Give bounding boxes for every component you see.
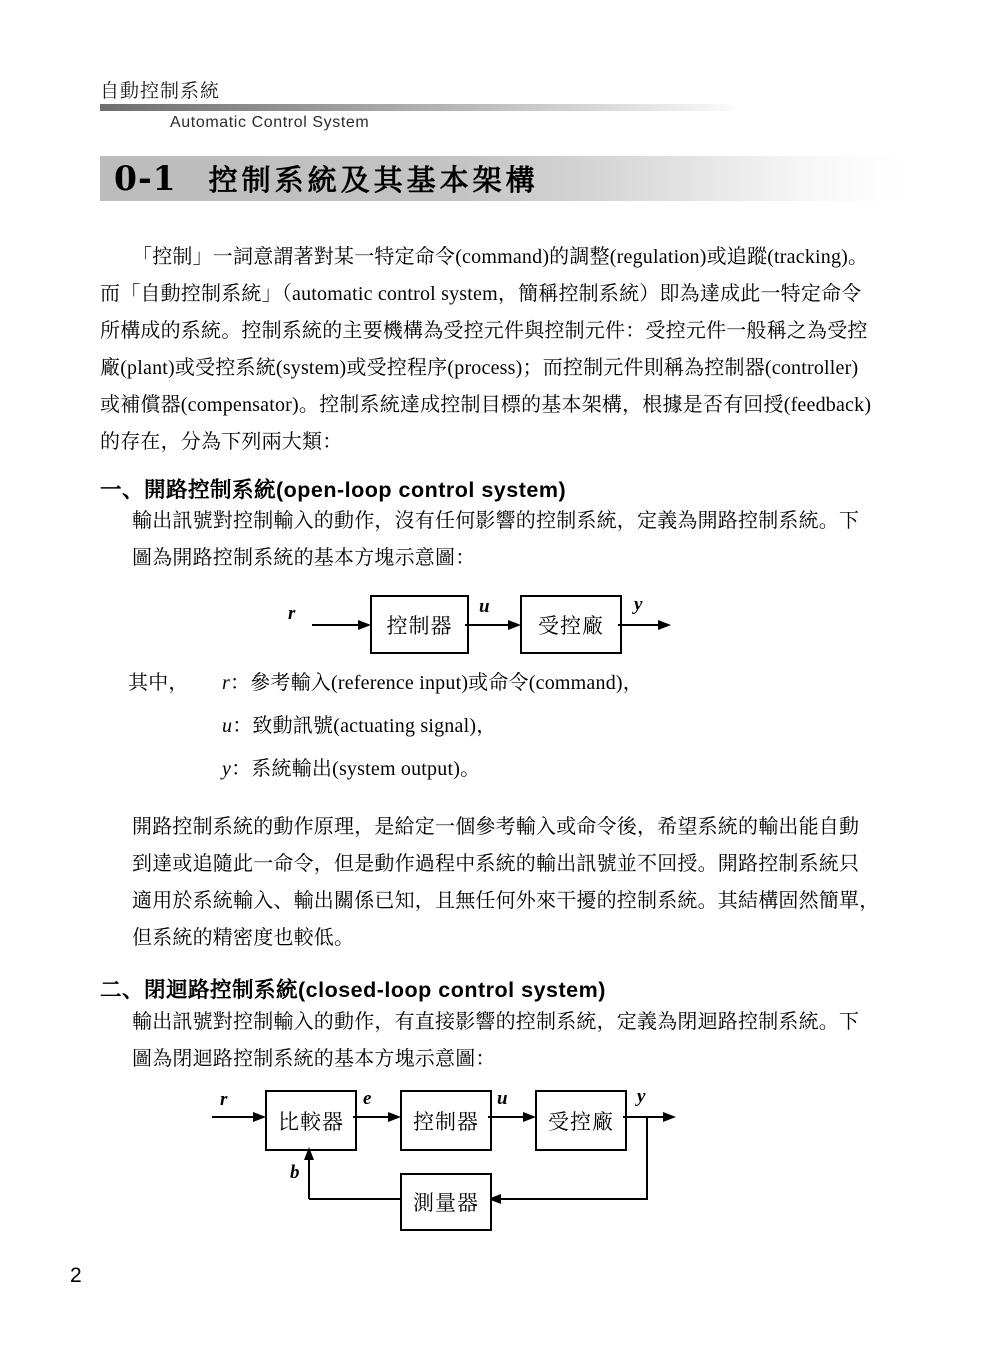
def-row: u：致動訊號(actuating signal)， [222,715,496,738]
signal-label-e: e [363,1088,371,1110]
arrow-line [488,1116,523,1118]
open-loop-line: 但系統的精密度也較低。 [132,927,354,950]
section-header-bar: 0-1 控制系統及其基本架構 [100,156,905,201]
closed-loop-line: 圖為閉迴路控制系統的基本方塊示意圖： [132,1048,496,1071]
intro-line: 所構成的系統。控制系統的主要機構為受控元件與控制元件：受控元件一般稱之為受控 [100,320,868,343]
def-text: ：參考輸入(reference input)或命令(command)， [230,672,643,694]
def-row: r：參考輸入(reference input)或命令(command)， [222,672,643,695]
signal-label-r: r [220,1089,227,1111]
open-loop-line: 適用於系統輸入、輸出關係已知，且無任何外來干擾的控制系統。其結構固然簡單， [132,890,879,913]
signal-label-b: b [290,1162,300,1184]
heading-open-loop: 一、開路控制系統(open-loop control system) [100,473,566,504]
section-title: 控制系統及其基本架構 [209,158,539,199]
signal-label-u: u [497,1088,508,1110]
block-plant: 受控廠 [520,595,622,654]
arrow-line [312,624,358,626]
page-number: 2 [70,1264,82,1288]
header-rule [100,104,733,111]
def-symbol: y [222,758,231,780]
open-loop-line: 開路控制系統的動作原理，是給定一個參考輸入或命令後，希望系統的輸出能自動 [132,816,859,839]
intro-line: 而「自動控制系統」（automatic control system，簡稱控制系… [100,283,861,306]
arrow-line [618,624,658,626]
def-row: y：系統輸出(system output)。 [222,758,480,781]
signal-label-u: u [479,596,490,618]
arrowhead-up-icon [304,1147,314,1160]
document-page: 自動控制系統 Automatic Control System 0-1 控制系統… [0,0,1000,1353]
block-plant: 受控廠 [535,1090,627,1151]
arrow-line [212,1116,253,1118]
book-subtitle: Automatic Control System [170,114,369,132]
open-loop-line: 圖為開路控制系統的基本方塊示意圖： [132,547,475,570]
arrow-line [465,624,508,626]
heading-closed-loop: 二、閉迴路控制系統(closed-loop control system) [100,973,606,1004]
def-text: ：系統輸出(system output)。 [231,758,480,780]
open-loop-line: 輸出訊號對控制輸入的動作，沒有任何影響的控制系統，定義為開路控制系統。下 [132,510,859,533]
defs-prefix: 其中， [128,672,189,695]
intro-line: 的存在，分為下列兩大類： [100,431,342,454]
closed-loop-line: 輸出訊號對控制輸入的動作，有直接影響的控制系統，定義為閉迴路控制系統。下 [132,1011,859,1034]
arrow-line [353,1116,388,1118]
def-symbol: r [222,672,230,694]
feedback-line [646,1116,648,1200]
arrowhead-right-icon [663,1112,676,1122]
feedback-line [308,1159,310,1199]
block-controller: 控制器 [370,595,469,654]
signal-label-r: r [288,603,295,625]
signal-label-y: y [634,594,642,616]
arrowhead-right-icon [658,620,671,630]
open-loop-line: 到達或追隨此一命令，但是動作過程中系統的輸出訊號並不回授。開路控制系統只 [132,853,859,876]
block-comparator: 比較器 [265,1090,357,1151]
def-symbol: u [222,715,232,737]
book-title: 自動控制系統 [100,76,220,103]
intro-line: 廠(plant)或受控系統(system)或受控程序(process)；而控制元… [100,357,858,380]
section-number: 0-1 [114,159,177,199]
arrow-line [623,1116,663,1118]
block-controller: 控制器 [400,1090,492,1151]
intro-line: 「控制」一詞意謂著對某一特定命令(command)的調整(regulation)… [132,246,868,269]
feedback-line [309,1198,400,1200]
block-sensor: 測量器 [400,1173,492,1231]
signal-label-y: y [637,1086,645,1108]
feedback-line [500,1198,648,1200]
def-text: ：致動訊號(actuating signal)， [232,715,496,737]
intro-line: 或補償器(compensator)。控制系統達成控制目標的基本架構，根據是否有回… [100,394,871,417]
